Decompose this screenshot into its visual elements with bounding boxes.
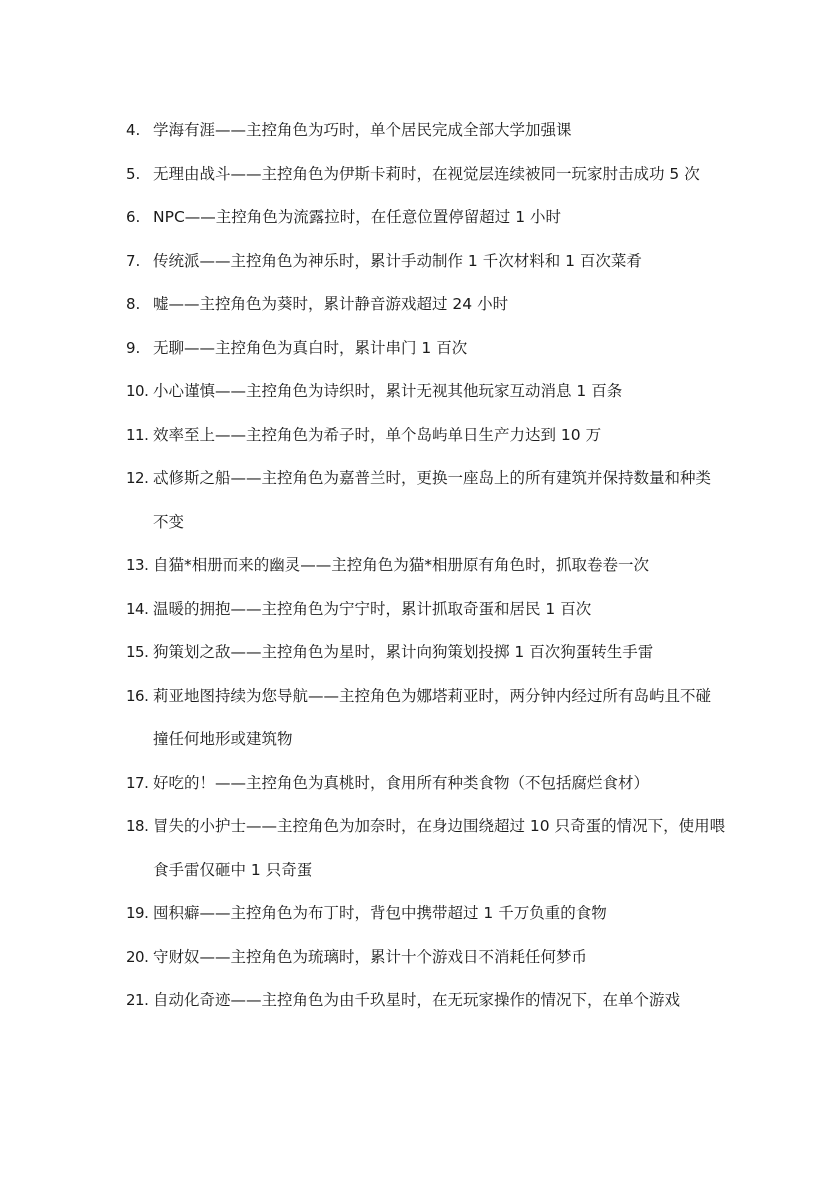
list-item: 11.效率至上——主控角色为希子时，单个岛屿单日生产力达到 10 万 <box>126 414 726 458</box>
list-item: 13.自猫*相册而来的幽灵——主控角色为猫*相册原有角色时，抓取卷卷一次 <box>126 544 726 588</box>
list-item: 15.狗策划之敌——主控角色为星时，累计向狗策划投掷 1 百次狗蛋转生手雷 <box>126 631 726 675</box>
list-item: 8.嘘——主控角色为葵时，累计静音游戏超过 24 小时 <box>126 283 726 327</box>
item-text: 效率至上——主控角色为希子时，单个岛屿单日生产力达到 10 万 <box>153 414 726 458</box>
item-text: 守财奴——主控角色为琉璃时，累计十个游戏日不消耗任何梦币 <box>153 936 726 980</box>
item-text: 无理由战斗——主控角色为伊斯卡莉时，在视觉层连续被同一玩家肘击成功 5 次 <box>153 153 726 197</box>
list-item: 17.好吃的！——主控角色为真桃时，食用所有种类食物（不包括腐烂食材） <box>126 762 726 806</box>
item-number: 17. <box>126 762 148 806</box>
item-text: 自动化奇迹——主控角色为由千玖星时，在无玩家操作的情况下，在单个游戏 <box>153 979 726 1023</box>
list-item: 18.冒失的小护士——主控角色为加奈时，在身边围绕超过 10 只奇蛋的情况下，使… <box>126 805 726 892</box>
item-number: 18. <box>126 805 148 849</box>
item-text: 囤积癖——主控角色为布丁时，背包中携带超过 1 千万负重的食物 <box>153 892 726 936</box>
list-item: 21.自动化奇迹——主控角色为由千玖星时，在无玩家操作的情况下，在单个游戏 <box>126 979 726 1023</box>
item-number: 21. <box>126 979 148 1023</box>
list-item: 5.无理由战斗——主控角色为伊斯卡莉时，在视觉层连续被同一玩家肘击成功 5 次 <box>126 153 726 197</box>
item-number: 15. <box>126 631 148 675</box>
item-number: 7. <box>126 240 140 284</box>
item-text: NPC——主控角色为流露拉时，在任意位置停留超过 1 小时 <box>153 196 726 240</box>
item-number: 14. <box>126 588 148 632</box>
item-text: 自猫*相册而来的幽灵——主控角色为猫*相册原有角色时，抓取卷卷一次 <box>153 544 726 588</box>
item-number: 12. <box>126 457 148 501</box>
item-number: 10. <box>126 370 148 414</box>
list-item: 6.NPC——主控角色为流露拉时，在任意位置停留超过 1 小时 <box>126 196 726 240</box>
item-number: 5. <box>126 153 140 197</box>
item-text: 好吃的！——主控角色为真桃时，食用所有种类食物（不包括腐烂食材） <box>153 762 726 806</box>
list-item: 19.囤积癖——主控角色为布丁时，背包中携带超过 1 千万负重的食物 <box>126 892 726 936</box>
item-number: 8. <box>126 283 140 327</box>
item-text: 温暖的拥抱——主控角色为宁宁时，累计抓取奇蛋和居民 1 百次 <box>153 588 726 632</box>
list-item: 20.守财奴——主控角色为琉璃时，累计十个游戏日不消耗任何梦币 <box>126 936 726 980</box>
item-number: 20. <box>126 936 148 980</box>
item-text: 小心谨慎——主控角色为诗织时，累计无视其他玩家互动消息 1 百条 <box>153 370 726 414</box>
list-item: 9.无聊——主控角色为真白时，累计串门 1 百次 <box>126 327 726 371</box>
achievement-list: 4.学海有涯——主控角色为巧时，单个居民完成全部大学加强课 5.无理由战斗——主… <box>126 109 726 1023</box>
list-item: 10.小心谨慎——主控角色为诗织时，累计无视其他玩家互动消息 1 百条 <box>126 370 726 414</box>
item-text: 忒修斯之船——主控角色为嘉普兰时，更换一座岛上的所有建筑并保持数量和种类不变 <box>153 457 726 544</box>
item-number: 6. <box>126 196 140 240</box>
item-text: 传统派——主控角色为神乐时，累计手动制作 1 千次材料和 1 百次菜肴 <box>153 240 726 284</box>
list-item: 12.忒修斯之船——主控角色为嘉普兰时，更换一座岛上的所有建筑并保持数量和种类不… <box>126 457 726 544</box>
list-item: 4.学海有涯——主控角色为巧时，单个居民完成全部大学加强课 <box>126 109 726 153</box>
list-item: 7.传统派——主控角色为神乐时，累计手动制作 1 千次材料和 1 百次菜肴 <box>126 240 726 284</box>
list-item: 16.莉亚地图持续为您导航——主控角色为娜塔莉亚时，两分钟内经过所有岛屿且不碰撞… <box>126 675 726 762</box>
document-page: 4.学海有涯——主控角色为巧时，单个居民完成全部大学加强课 5.无理由战斗——主… <box>0 0 832 1177</box>
item-number: 16. <box>126 675 148 719</box>
item-text: 无聊——主控角色为真白时，累计串门 1 百次 <box>153 327 726 371</box>
item-text: 学海有涯——主控角色为巧时，单个居民完成全部大学加强课 <box>153 109 726 153</box>
item-number: 9. <box>126 327 140 371</box>
item-text: 莉亚地图持续为您导航——主控角色为娜塔莉亚时，两分钟内经过所有岛屿且不碰撞任何地… <box>153 675 726 762</box>
item-text: 冒失的小护士——主控角色为加奈时，在身边围绕超过 10 只奇蛋的情况下，使用喂食… <box>153 805 726 892</box>
list-item: 14.温暖的拥抱——主控角色为宁宁时，累计抓取奇蛋和居民 1 百次 <box>126 588 726 632</box>
item-text: 狗策划之敌——主控角色为星时，累计向狗策划投掷 1 百次狗蛋转生手雷 <box>153 631 726 675</box>
item-number: 4. <box>126 109 140 153</box>
item-number: 13. <box>126 544 148 588</box>
item-number: 11. <box>126 414 148 458</box>
item-number: 19. <box>126 892 148 936</box>
item-text: 嘘——主控角色为葵时，累计静音游戏超过 24 小时 <box>153 283 726 327</box>
